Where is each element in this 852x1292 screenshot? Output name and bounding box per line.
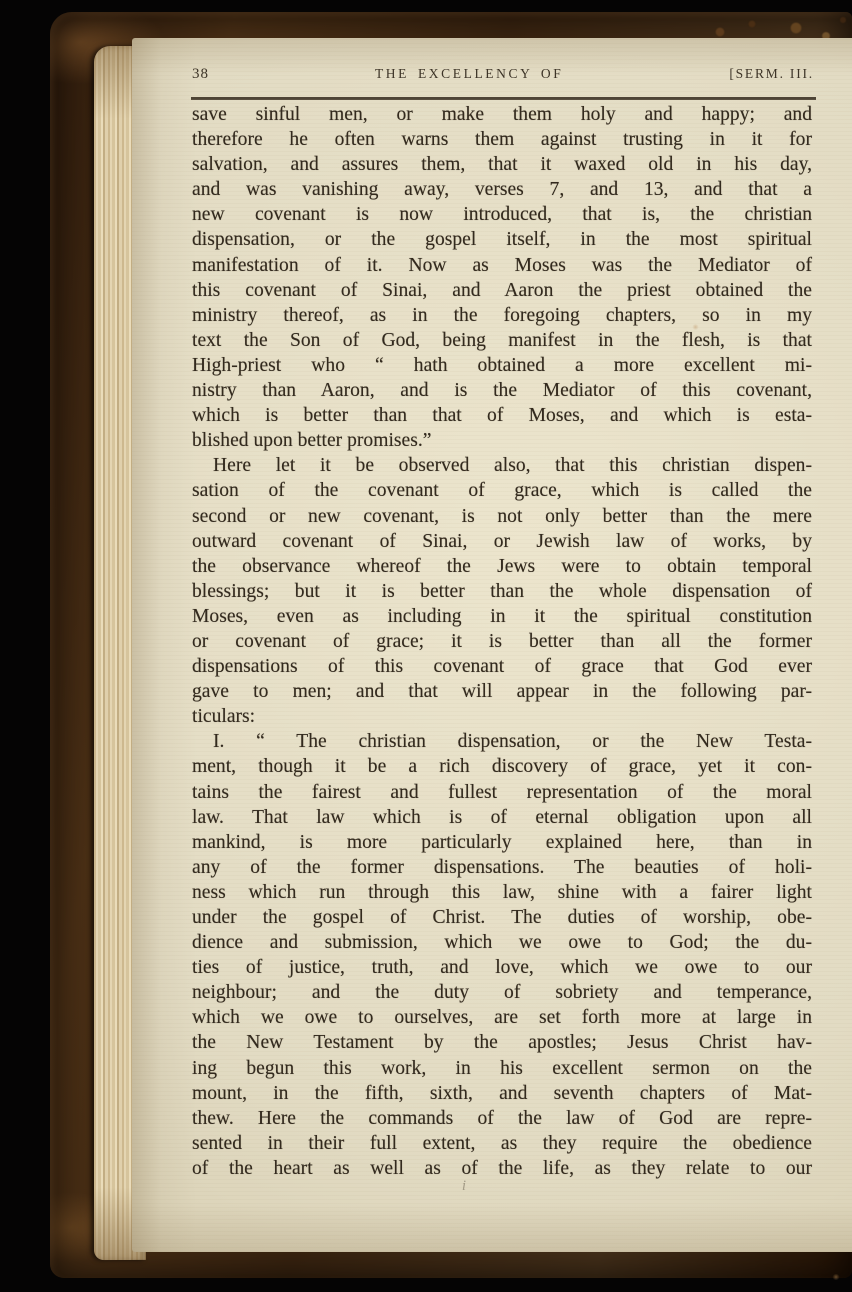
- text-line: which we owe to ourselves, are set forth…: [192, 1005, 812, 1030]
- text-line: this covenant of Sinai, and Aaron the pr…: [192, 278, 812, 303]
- text-line: outward covenant of Sinai, or Jewish law…: [192, 529, 812, 554]
- book-photo-scene: { "header": { "page_number": "38", "runn…: [0, 0, 852, 1292]
- running-title: THE EXCELLENCY OF: [375, 66, 563, 82]
- text-line: which is better than that of Moses, and …: [192, 403, 812, 428]
- page-number: 38: [192, 66, 209, 83]
- text-line: the observance whereof the Jews were to …: [192, 554, 812, 579]
- text-line: thew. Here the commands of the law of Go…: [192, 1106, 812, 1131]
- sermon-section-label: [SERM. III.: [729, 66, 814, 82]
- text-line: text the Son of God, being manifest in t…: [192, 328, 812, 353]
- text-line: Here let it be observed also, that this …: [192, 453, 812, 478]
- book-page: 38 THE EXCELLENCY OF [SERM. III. save si…: [132, 38, 852, 1252]
- text-line: gave to men; and that will appear in the…: [192, 679, 812, 704]
- text-line: I. “ The christian dispensation, or the …: [192, 729, 812, 754]
- text-line: or covenant of grace; it is better than …: [192, 629, 812, 654]
- text-line: and was vanishing away, verses 7, and 13…: [192, 177, 812, 202]
- text-line: sented in their full extent, as they req…: [192, 1131, 812, 1156]
- text-line: ministry thereof, as in the foregoing ch…: [192, 303, 812, 328]
- text-line: save sinful men, or make them holy and h…: [192, 102, 812, 127]
- text-line: blessings; but it is better than the who…: [192, 579, 812, 604]
- text-line: new covenant is now introduced, that is,…: [192, 202, 812, 227]
- text-line: therefore he often warns them against tr…: [192, 127, 812, 152]
- text-line: mankind, is more particularly explained …: [192, 830, 812, 855]
- text-line: tains the fairest and fullest representa…: [192, 780, 812, 805]
- text-line: ment, though it be a rich discovery of g…: [192, 754, 812, 779]
- text-line: mount, in the fifth, sixth, and seventh …: [192, 1081, 812, 1106]
- text-line: salvation, and assures them, that it wax…: [192, 152, 812, 177]
- text-line: the New Testament by the apostles; Jesus…: [192, 1030, 812, 1055]
- text-line: ing begun this work, in his excellent se…: [192, 1056, 812, 1081]
- text-line: manifestation of it. Now as Moses was th…: [192, 253, 812, 278]
- text-line: any of the former dispensations. The bea…: [192, 855, 812, 880]
- text-line: blished upon better promises.”: [192, 428, 812, 453]
- text-line: sation of the covenant of grace, which i…: [192, 478, 812, 503]
- text-line: High-priest who “ hath obtained a more e…: [192, 353, 812, 378]
- text-line: nistry than Aaron, and is the Mediator o…: [192, 378, 812, 403]
- header-double-rule: [191, 97, 816, 100]
- page-header: 38 THE EXCELLENCY OF [SERM. III.: [192, 66, 814, 83]
- text-line: dispensation, or the gospel itself, in t…: [192, 227, 812, 252]
- text-line: dispensations of this covenant of grace …: [192, 654, 812, 679]
- body-text: save sinful men, or make them holy and h…: [192, 102, 812, 1181]
- text-line: under the gospel of Christ. The duties o…: [192, 905, 812, 930]
- text-line: law. That law which is of eternal obliga…: [192, 805, 812, 830]
- text-line: neighbour; and the duty of sobriety and …: [192, 980, 812, 1005]
- catchword-mark: i: [132, 1178, 796, 1195]
- text-line: dience and submission, which we owe to G…: [192, 930, 812, 955]
- text-line: ties of justice, truth, and love, which …: [192, 955, 812, 980]
- text-line: Moses, even as including in it the spiri…: [192, 604, 812, 629]
- text-line: ticulars:: [192, 704, 812, 729]
- text-line: ness which run through this law, shine w…: [192, 880, 812, 905]
- text-line: second or new covenant, is not only bett…: [192, 504, 812, 529]
